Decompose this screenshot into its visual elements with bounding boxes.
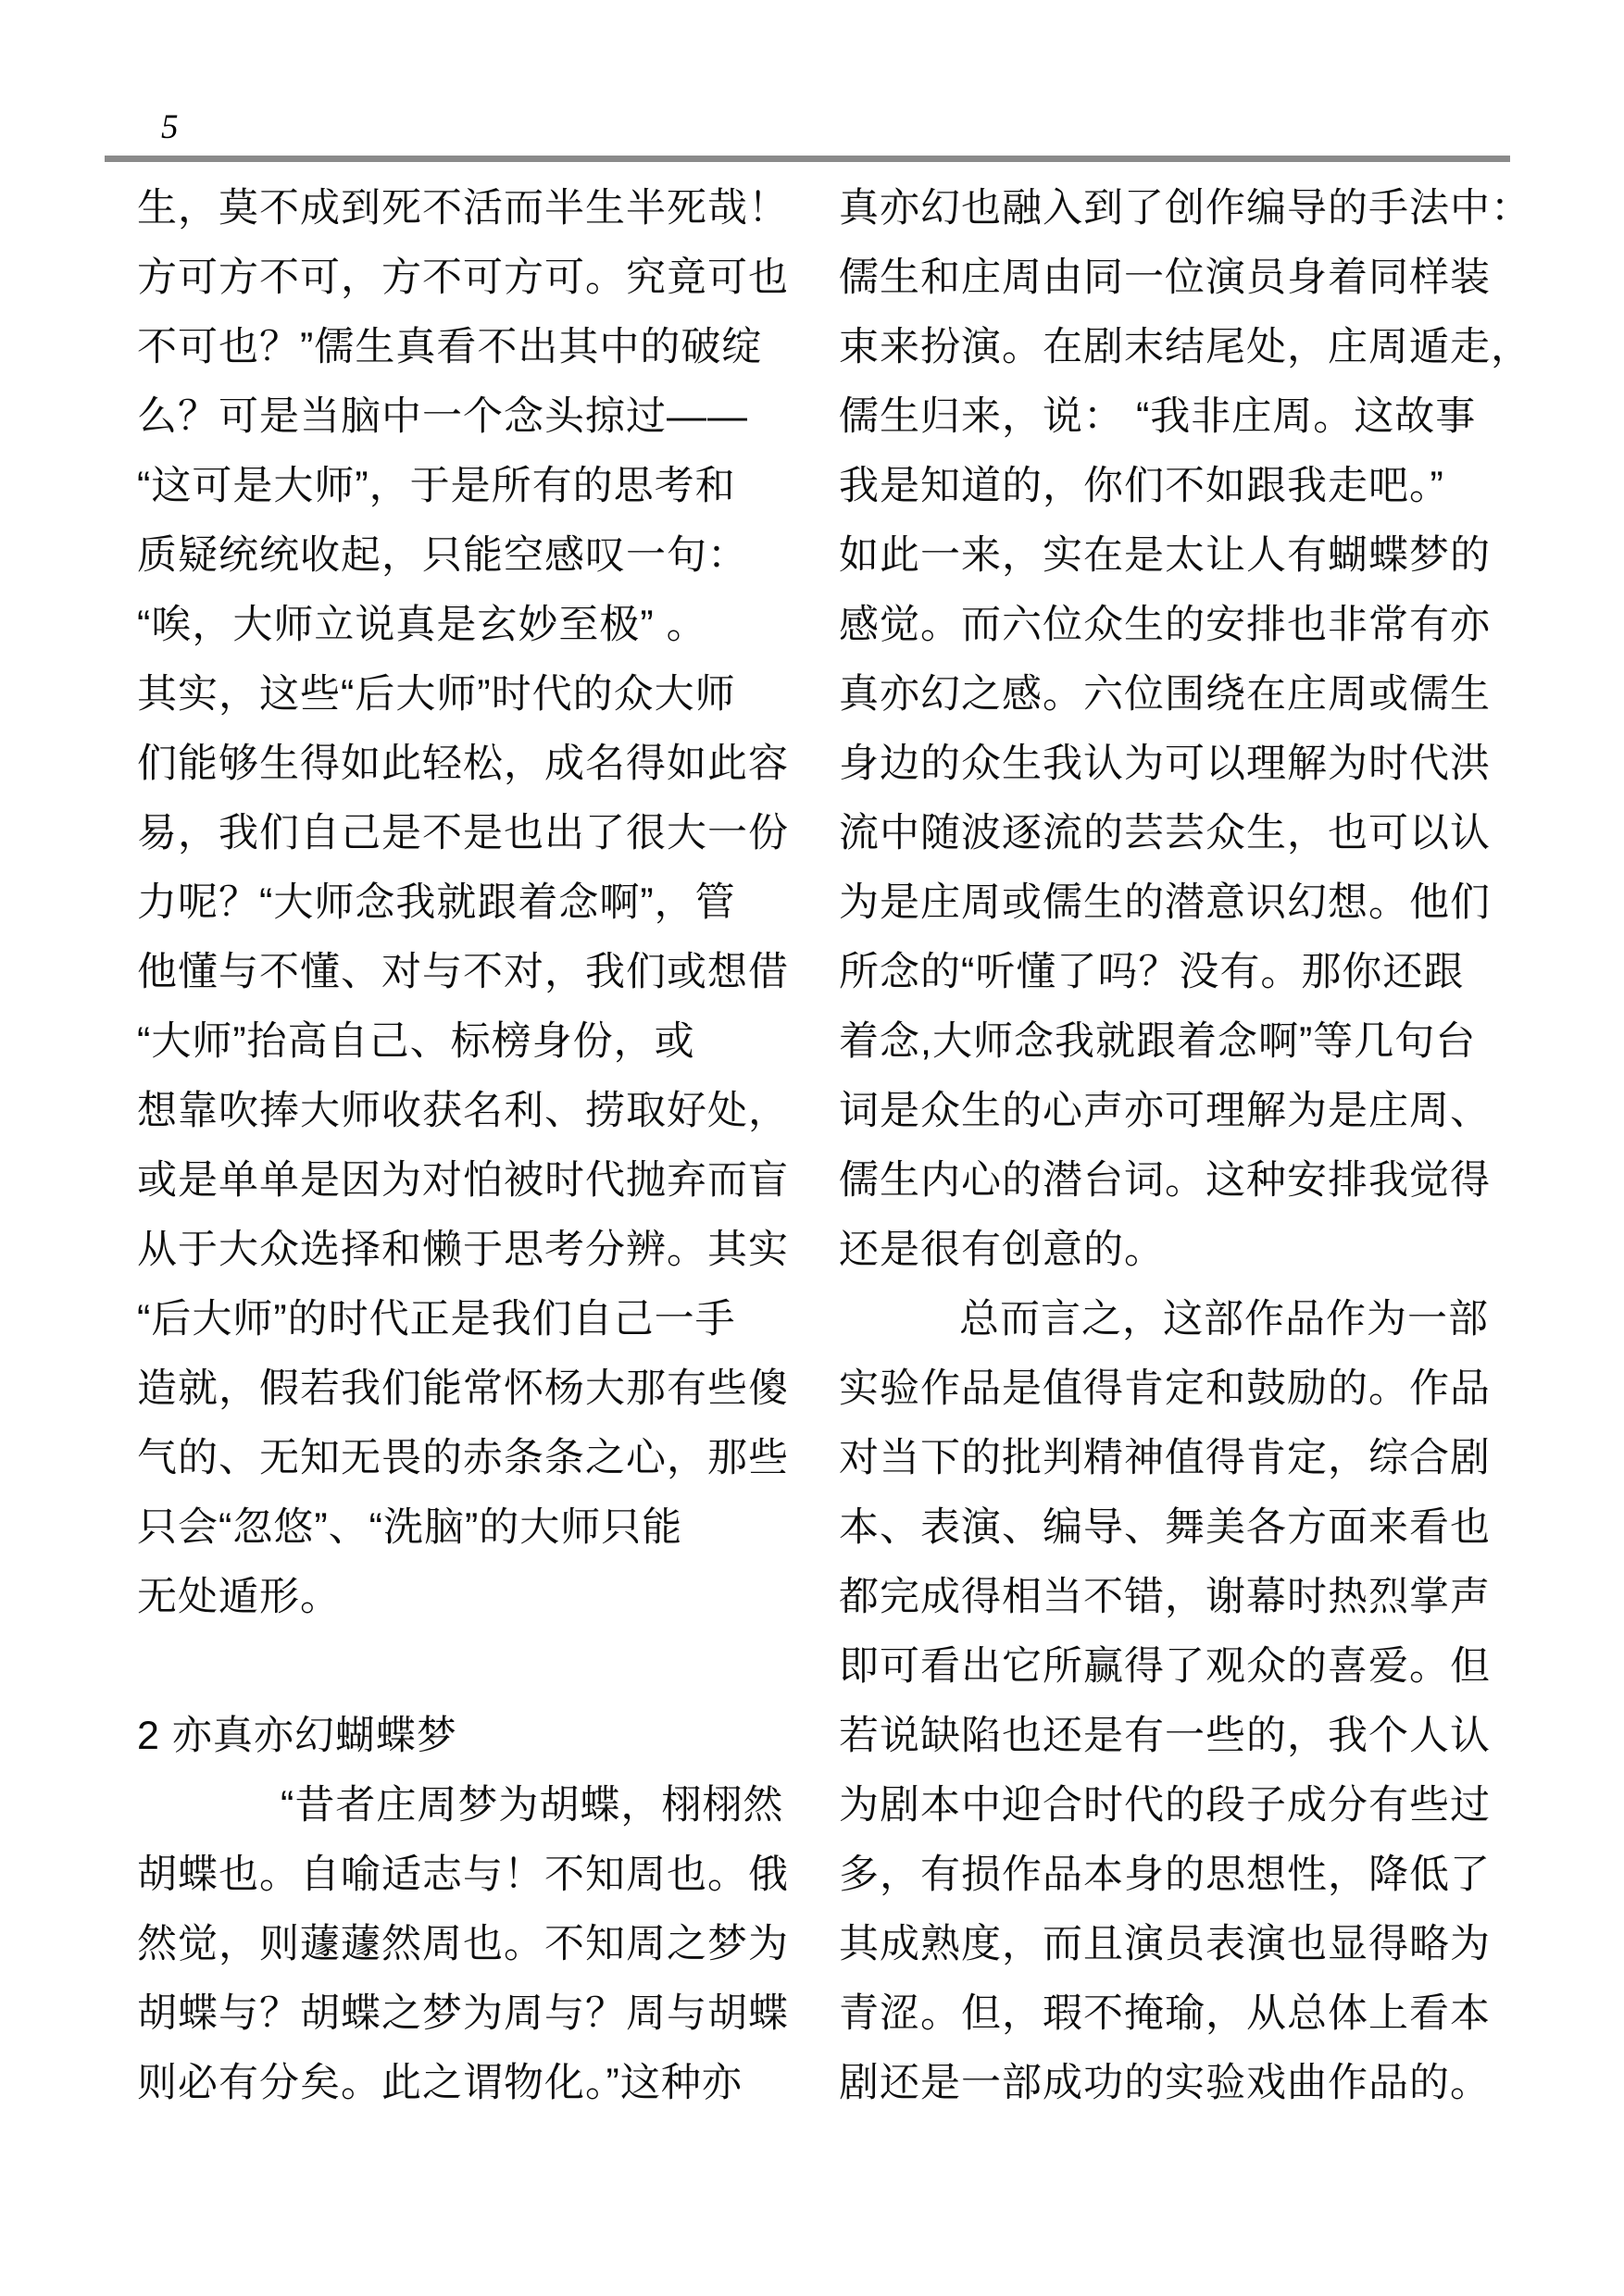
text-line: 身边的众生我认为可以理解为时代洪	[839, 730, 1561, 799]
text-line: 儒生内心的潜台词。这种安排我觉得	[839, 1146, 1561, 1216]
text-line: 真亦幻也融入到了创作编导的手法中：	[839, 174, 1561, 243]
text-line: 着念,大师念我就跟着念啊”等几句台	[839, 1007, 1561, 1077]
text-line	[137, 1632, 830, 1702]
text-line: 所念的“听懂了吗？没有。那你还跟	[839, 938, 1561, 1007]
text-line: 们能够生得如此轻松，成名得如此容	[137, 730, 830, 799]
right-column: 真亦幻也融入到了创作编导的手法中：儒生和庄周由同一位演员身着同样装束来扮演。在剧…	[839, 174, 1561, 2118]
text-line: 束来扮演。在剧末结尾处，庄周遁走，	[839, 313, 1561, 382]
text-line: 总而言之，这部作品作为一部	[839, 1285, 1561, 1354]
text-line: 感觉。而六位众生的安排也非常有亦	[839, 591, 1561, 660]
text-line: 则必有分矣。此之谓物化。”这种亦	[137, 2049, 830, 2118]
left-column: 生，莫不成到死不活而半生半死哉！方可方不可，方不可方可。究竟可也不可也？”儒生真…	[137, 174, 830, 2118]
text-line: 或是单单是因为对怕被时代抛弃而盲	[137, 1146, 830, 1216]
page-number: 5	[161, 107, 179, 147]
text-line: 儒生归来，说： “我非庄周。这故事	[839, 382, 1561, 452]
text-line: 青涩。但，瑕不掩瑜，从总体上看本	[839, 1979, 1561, 2049]
text-line: 力呢？“大师念我就跟着念啊”，管	[137, 868, 830, 938]
text-line: 若说缺陷也还是有一些的，我个人认	[839, 1702, 1561, 1771]
text-line: 方可方不可，方不可方可。究竟可也	[137, 243, 830, 313]
text-line: 然觉，则蘧蘧然周也。不知周之梦为	[137, 1910, 830, 1979]
text-line: “唉，大师立说真是玄妙至极” 。	[137, 591, 830, 660]
text-line: 质疑统统收起，只能空感叹一句：	[137, 521, 830, 591]
text-line: 2 亦真亦幻蝴蝶梦	[137, 1702, 830, 1771]
text-line: 对当下的批判精神值得肯定，综合剧	[839, 1424, 1561, 1493]
text-line: 只会“忽悠”、“洗脑”的大师只能	[137, 1493, 830, 1563]
text-line: 我是知道的，你们不如跟我走吧。”	[839, 452, 1561, 521]
text-line: 无处遁形。	[137, 1563, 830, 1632]
text-line: 生，莫不成到死不活而半生半死哉！	[137, 174, 830, 243]
text-line: 胡蝶与？胡蝶之梦为周与？周与胡蝶	[137, 1979, 830, 2049]
header-rule	[105, 156, 1510, 162]
text-line: 么？可是当脑中一个念头掠过——	[137, 382, 830, 452]
text-line: 实验作品是值得肯定和鼓励的。作品	[839, 1354, 1561, 1424]
text-line: 不可也？”儒生真看不出其中的破绽	[137, 313, 830, 382]
text-line: 胡蝶也。自喻适志与！不知周也。俄	[137, 1841, 830, 1910]
text-line: 他懂与不懂、对与不对，我们或想借	[137, 938, 830, 1007]
text-line: 想靠吹捧大师收获名利、捞取好处，	[137, 1077, 830, 1146]
text-line: 词是众生的心声亦可理解为是庄周、	[839, 1077, 1561, 1146]
text-line: 从于大众选择和懒于思考分辨。其实	[137, 1216, 830, 1285]
text-line: 真亦幻之感。六位围绕在庄周或儒生	[839, 660, 1561, 730]
text-line: 本、表演、编导、舞美各方面来看也	[839, 1493, 1561, 1563]
text-line: 流中随波逐流的芸芸众生，也可以认	[839, 799, 1561, 868]
text-line: “这可是大师”，于是所有的思考和	[137, 452, 830, 521]
document-page: 5 生，莫不成到死不活而半生半死哉！方可方不可，方不可方可。究竟可也不可也？”儒…	[0, 0, 1624, 2296]
text-line: “大师”抬高自己、标榜身份，或	[137, 1007, 830, 1077]
text-line: 易，我们自己是不是也出了很大一份	[137, 799, 830, 868]
text-line: “后大师”的时代正是我们自己一手	[137, 1285, 830, 1354]
text-line: 其实，这些“后大师”时代的众大师	[137, 660, 830, 730]
text-line: 如此一来，实在是太让人有蝴蝶梦的	[839, 521, 1561, 591]
text-line: 造就，假若我们能常怀杨大那有些傻	[137, 1354, 830, 1424]
text-line: 儒生和庄周由同一位演员身着同样装	[839, 243, 1561, 313]
text-line: 多，有损作品本身的思想性，降低了	[839, 1841, 1561, 1910]
text-line: 其成熟度，而且演员表演也显得略为	[839, 1910, 1561, 1979]
text-line: “昔者庄周梦为胡蝶，栩栩然	[137, 1771, 830, 1841]
text-line: 即可看出它所赢得了观众的喜爱。但	[839, 1632, 1561, 1702]
text-line: 剧还是一部成功的实验戏曲作品的。	[839, 2049, 1561, 2118]
text-line: 还是很有创意的。	[839, 1216, 1561, 1285]
text-line: 为是庄周或儒生的潜意识幻想。他们	[839, 868, 1561, 938]
text-line: 为剧本中迎合时代的段子成分有些过	[839, 1771, 1561, 1841]
text-line: 气的、无知无畏的赤条条之心，那些	[137, 1424, 830, 1493]
text-line: 都完成得相当不错，谢幕时热烈掌声	[839, 1563, 1561, 1632]
